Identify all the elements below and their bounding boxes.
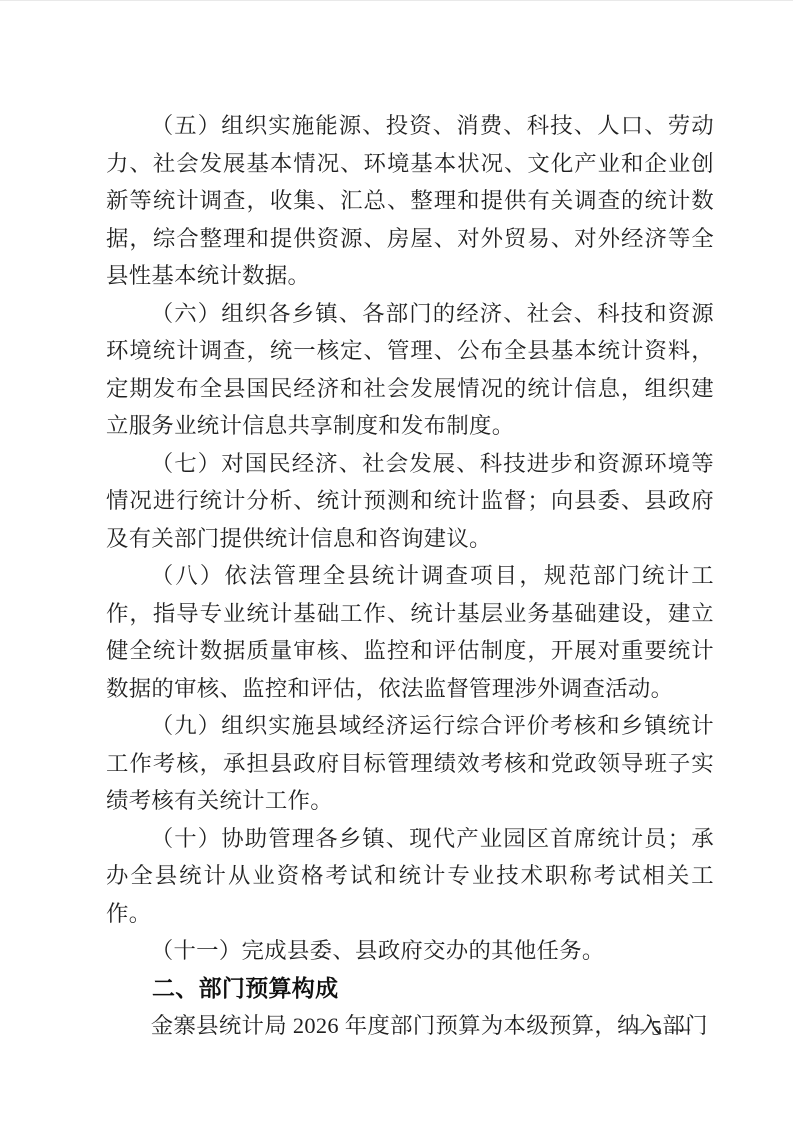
text-block: （五）组织实施能源、投资、消费、科技、人口、劳动力、社会发展基本情况、环境基本状… bbox=[106, 107, 714, 1045]
duty-paragraph-11: （十一）完成县委、县政府交办的其他任务。 bbox=[106, 932, 714, 970]
duty-paragraph-6: （六）组织各乡镇、各部门的经济、社会、科技和资源环境统计调查，统一核定、管理、公… bbox=[106, 295, 714, 445]
duty-paragraph-8: （八）依法管理全县统计调查项目，规范部门统计工作，指导专业统计基础工作、统计基层… bbox=[106, 557, 714, 707]
page-number: — 5 — bbox=[623, 1017, 691, 1039]
duty-paragraph-5: （五）组织实施能源、投资、消费、科技、人口、劳动力、社会发展基本情况、环境基本状… bbox=[106, 107, 714, 295]
section-heading: 二、部门预算构成 bbox=[106, 970, 714, 1008]
duty-paragraph-7: （七）对国民经济、社会发展、科技进步和资源环境等情况进行统计分析、统计预测和统计… bbox=[106, 445, 714, 558]
duty-paragraph-9: （九）组织实施县域经济运行综合评价考核和乡镇统计工作考核，承担县政府目标管理绩效… bbox=[106, 707, 714, 820]
document-page: （五）组织实施能源、投资、消费、科技、人口、劳动力、社会发展基本情况、环境基本状… bbox=[0, 0, 793, 1122]
duty-paragraph-10: （十）协助管理各乡镇、现代产业园区首席统计员；承办全县统计从业资格考试和统计专业… bbox=[106, 820, 714, 933]
